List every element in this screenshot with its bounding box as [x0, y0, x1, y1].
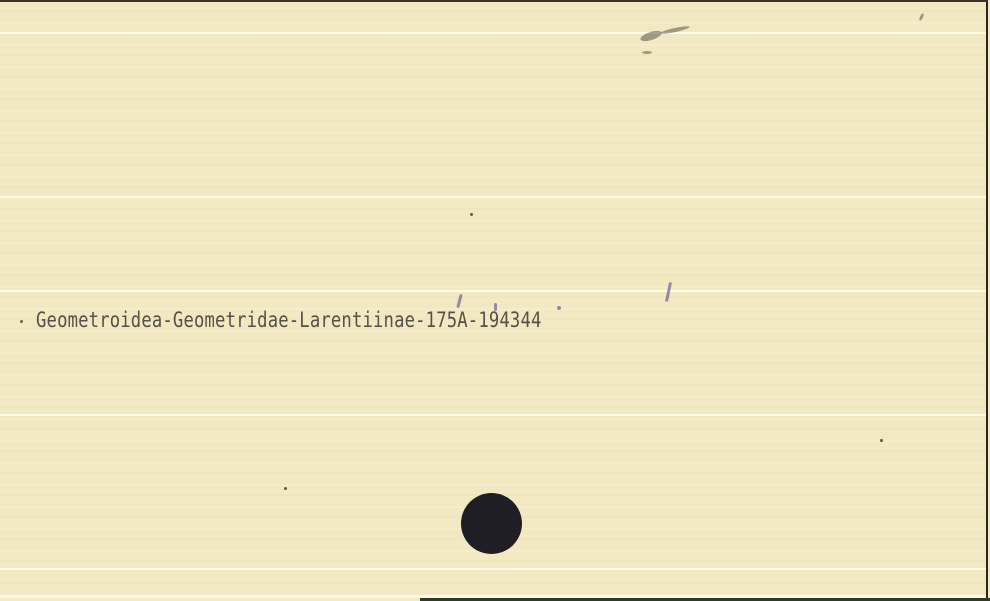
ruled-line — [0, 196, 986, 198]
ink-smudge — [918, 13, 924, 22]
ink-mark — [557, 306, 561, 310]
ink-smudge — [639, 29, 662, 43]
taxon-classification-text: Geometroidea-Geometridae-Larentiinae-175… — [36, 308, 542, 332]
speck — [880, 439, 883, 442]
speck — [284, 487, 287, 490]
ruled-line — [0, 290, 986, 292]
speck — [470, 213, 473, 216]
ink-mark — [456, 294, 463, 308]
ruled-line — [0, 32, 986, 34]
index-card: Geometroidea-Geometridae-Larentiinae-175… — [0, 0, 988, 598]
punch-hole — [461, 493, 522, 554]
bullet-dot — [20, 320, 23, 323]
ink-smudge — [642, 51, 652, 54]
ruled-line — [0, 414, 986, 416]
ruled-line — [0, 568, 986, 570]
ink-mark — [494, 303, 497, 311]
ink-mark — [665, 282, 672, 302]
